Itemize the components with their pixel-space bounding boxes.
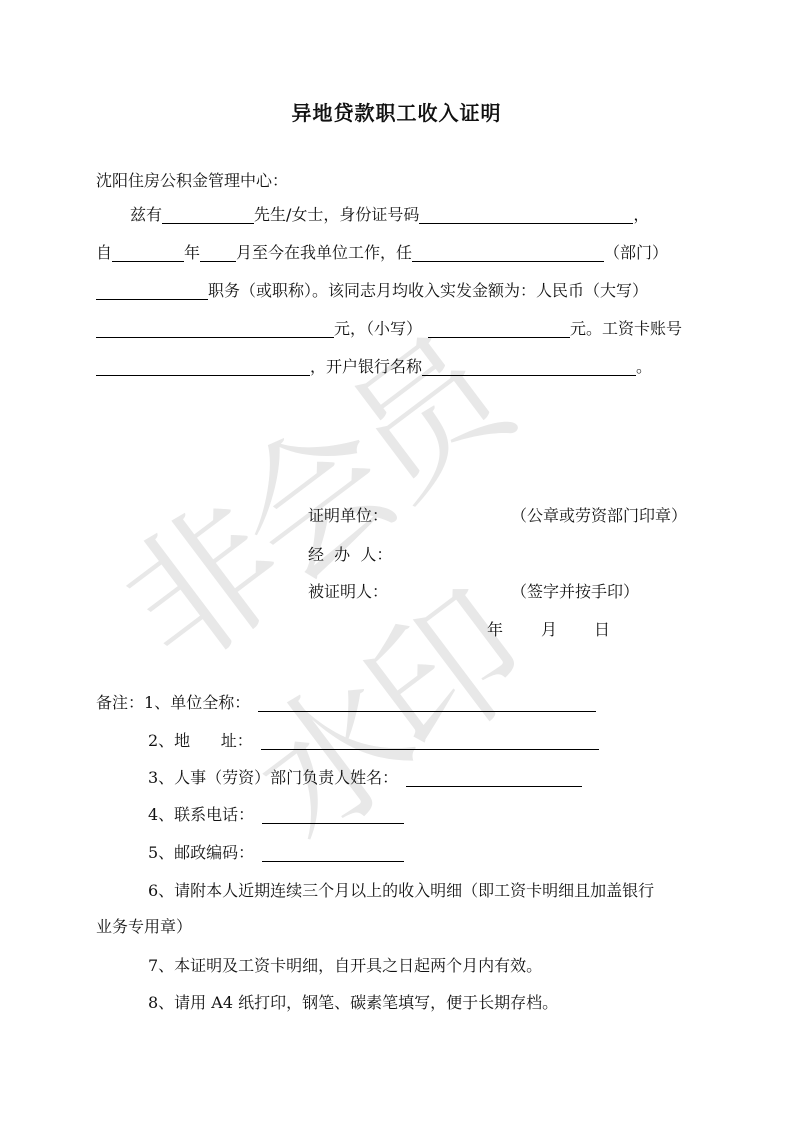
amount-uppercase-blank[interactable] xyxy=(96,319,334,338)
card-account-blank[interactable] xyxy=(96,357,310,376)
note-1: 备注： 1、单位全称： xyxy=(96,690,596,716)
body-line-3: 职务（或职称）。该同志月均收入实发金额为：人民币（大写） xyxy=(96,278,648,304)
note-6: 6、请附本人近期连续三个月以上的收入明细（即工资卡明细且加盖银行 xyxy=(148,878,654,901)
note-5: 5、邮政编码： xyxy=(148,840,404,866)
text: 职务（或职称）。该同志月均收入实发金额为：人民币（大写） xyxy=(208,278,648,304)
note-7: 7、本证明及工资卡明细，自开具之日起两个月内有效。 xyxy=(148,953,542,976)
start-year-blank[interactable] xyxy=(112,243,184,262)
body-line-1: 兹有 先生/女士，身份证号码 ， xyxy=(130,202,649,228)
text: 先生/女士，身份证号码 xyxy=(254,202,419,228)
signature-note: （签字并按手印） xyxy=(511,579,639,602)
text: 自 xyxy=(96,240,112,266)
hr-head-name-blank[interactable] xyxy=(406,768,582,787)
note-text: 5、邮政编码： xyxy=(148,840,254,866)
note-4: 4、联系电话： xyxy=(148,802,404,828)
document-title: 异地贷款职工收入证明 xyxy=(0,97,793,126)
postcode-blank[interactable] xyxy=(262,843,404,862)
text: 元。工资卡账号 xyxy=(570,316,682,342)
unit-fullname-blank[interactable] xyxy=(258,693,596,712)
note-text: 4、联系电话： xyxy=(148,802,254,828)
amount-lowercase-blank[interactable] xyxy=(428,319,570,338)
addressee: 沈阳住房公积金管理中心： xyxy=(96,168,288,191)
text: 元，（小写） xyxy=(334,316,422,342)
body-line-4: 元，（小写） 元。工资卡账号 xyxy=(96,316,682,342)
certified-person-label: 被证明人： xyxy=(308,579,388,602)
note-8: 8、请用 A4 纸打印，钢笔、碳素笔填写，便于长期存档。 xyxy=(148,990,558,1013)
text: ，开户银行名称 xyxy=(310,354,422,380)
text: 。 xyxy=(636,354,652,380)
note-text: 3、人事（劳资）部门负责人姓名： xyxy=(148,765,398,791)
address-blank[interactable] xyxy=(261,731,599,750)
text: ， xyxy=(633,202,649,228)
handler-label: 经 办 人： xyxy=(308,542,392,565)
position-blank[interactable] xyxy=(96,281,208,300)
text: （部门） xyxy=(604,240,668,266)
text: 年 xyxy=(184,240,200,266)
watermark: 非会员水印 xyxy=(100,258,720,842)
note-2: 2、地 址： xyxy=(148,728,599,754)
department-blank[interactable] xyxy=(412,243,604,262)
certifying-unit-label: 证明单位： xyxy=(308,503,388,526)
note-text: 2、地 址： xyxy=(148,728,253,754)
note-3: 3、人事（劳资）部门负责人姓名： xyxy=(148,765,582,791)
text: 兹有 xyxy=(130,202,162,228)
seal-note: （公章或劳资部门印章） xyxy=(511,503,687,526)
bank-name-blank[interactable] xyxy=(422,357,636,376)
note-text: 1、单位全称： xyxy=(144,690,250,716)
start-month-blank[interactable] xyxy=(200,243,236,262)
name-blank[interactable] xyxy=(162,205,254,224)
note-6-continued: 业务专用章） xyxy=(96,914,192,937)
notes-prefix: 备注： xyxy=(96,690,144,716)
date-year: 年 xyxy=(487,617,503,640)
date-month: 月 xyxy=(541,617,557,640)
date-day: 日 xyxy=(594,617,610,640)
phone-blank[interactable] xyxy=(262,805,404,824)
body-line-5: ，开户银行名称 。 xyxy=(96,354,652,380)
id-number-blank[interactable] xyxy=(419,205,633,224)
body-line-2: 自 年 月至今在我单位工作，任 （部门） xyxy=(96,240,668,266)
text: 月至今在我单位工作，任 xyxy=(236,240,412,266)
